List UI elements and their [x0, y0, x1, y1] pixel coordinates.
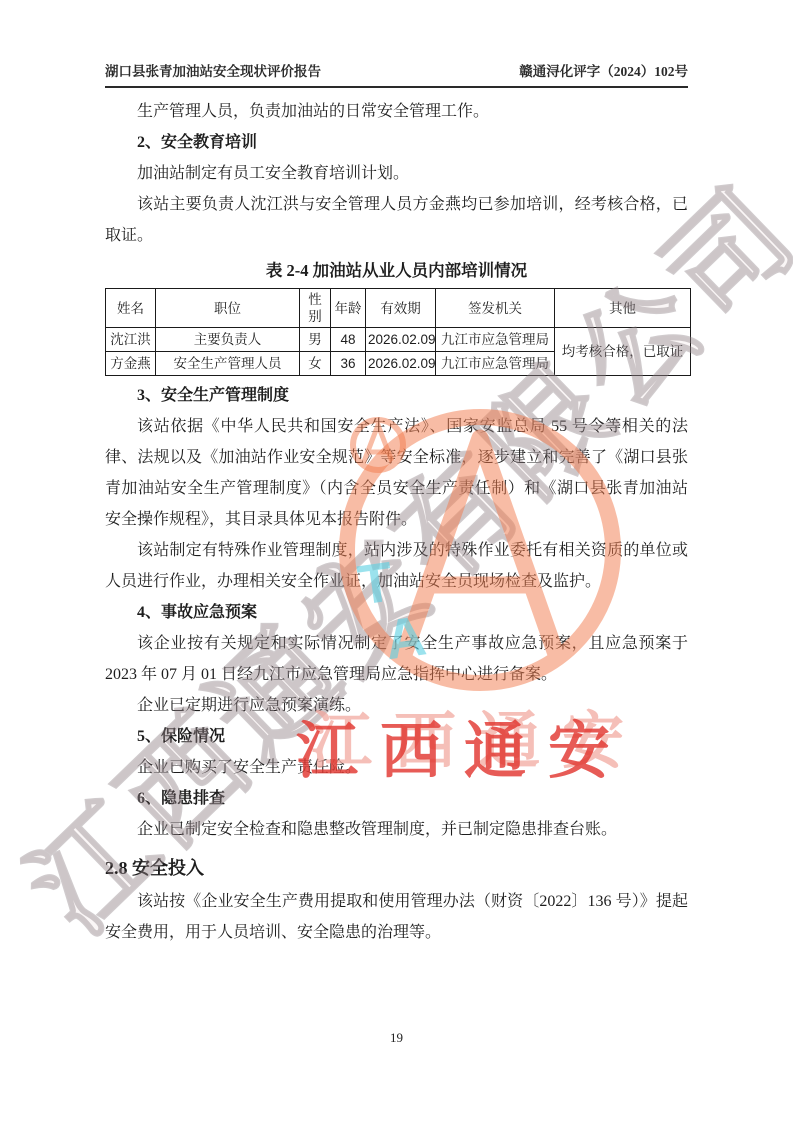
training-table: 姓名 职位 性别 年龄 有效期 签发机关 其他 沈江洪 主要负责人 男 48 2… [105, 288, 691, 376]
section-heading-5: 5、保险情况 [105, 721, 688, 752]
cell-position: 安全生产管理人员 [156, 352, 300, 376]
paragraph: 该企业按有关规定和实际情况制定了安全生产事故应急预案，且应急预案于 2023 年… [105, 628, 688, 690]
section-heading-4: 4、事故应急预案 [105, 597, 688, 628]
paragraph: 企业已定期进行应急预案演练。 [105, 690, 688, 721]
section-heading-3: 3、安全生产管理制度 [105, 380, 688, 411]
document-page: 湖口县张青加油站安全现状评价报告 赣通浔化评字（2024）102号 生产管理人员… [0, 0, 793, 1122]
paragraph: 企业已制定安全检查和隐患整改管理制度，并已制定隐患排查台账。 [105, 814, 688, 845]
col-header-validity: 有效期 [366, 289, 436, 328]
cell-position: 主要负责人 [156, 328, 300, 352]
paragraph: 生产管理人员，负责加油站的日常安全管理工作。 [105, 96, 688, 127]
paragraph: 该站按《企业安全生产费用提取和使用管理办法（财资〔2022〕136 号）》提起安… [105, 886, 688, 948]
cell-validity: 2026.02.09 [366, 352, 436, 376]
header-report-title: 湖口县张青加油站安全现状评价报告 [105, 60, 321, 80]
cell-name: 沈江洪 [106, 328, 156, 352]
cell-other-merged: 均考核合格，已取证 [555, 328, 691, 376]
cell-authority: 九江市应急管理局 [436, 352, 555, 376]
col-header-name: 姓名 [106, 289, 156, 328]
paragraph: 加油站制定有员工安全教育培训计划。 [105, 158, 688, 189]
paragraph: 该站依据《中华人民共和国安全生产法》、国家安监总局 55 号令等相关的法律、法规… [105, 411, 688, 535]
cell-gender: 女 [300, 352, 331, 376]
paragraph: 该站主要负责人沈江洪与安全管理人员方金燕均已参加培训，经考核合格，已取证。 [105, 189, 688, 251]
cell-name: 方金燕 [106, 352, 156, 376]
section-heading-2: 2、安全教育培训 [105, 127, 688, 158]
col-header-position: 职位 [156, 289, 300, 328]
document-body: 生产管理人员，负责加油站的日常安全管理工作。 2、安全教育培训 加油站制定有员工… [105, 96, 688, 948]
paragraph: 该站制定有特殊作业管理制度，站内涉及的特殊作业委托有相关资质的单位或人员进行作业… [105, 535, 688, 597]
page-header: 湖口县张青加油站安全现状评价报告 赣通浔化评字（2024）102号 [105, 60, 688, 88]
header-doc-number: 赣通浔化评字（2024）102号 [519, 60, 688, 80]
col-header-gender: 性别 [300, 289, 331, 328]
table-caption: 表 2-4 加油站从业人员内部培训情况 [105, 255, 688, 286]
col-header-age: 年龄 [331, 289, 366, 328]
section-heading-2-8: 2.8 安全投入 [105, 853, 688, 884]
col-header-authority: 签发机关 [436, 289, 555, 328]
section-heading-6: 6、隐患排查 [105, 783, 688, 814]
cell-gender: 男 [300, 328, 331, 352]
table-row: 沈江洪 主要负责人 男 48 2026.02.09 九江市应急管理局 均考核合格… [106, 328, 691, 352]
cell-age: 36 [331, 352, 366, 376]
cell-authority: 九江市应急管理局 [436, 328, 555, 352]
paragraph: 企业已购买了安全生产责任险。 [105, 752, 688, 783]
cell-validity: 2026.02.09 [366, 328, 436, 352]
page-number: 19 [0, 1030, 793, 1046]
table-header-row: 姓名 职位 性别 年龄 有效期 签发机关 其他 [106, 289, 691, 328]
col-header-other: 其他 [555, 289, 691, 328]
cell-age: 48 [331, 328, 366, 352]
